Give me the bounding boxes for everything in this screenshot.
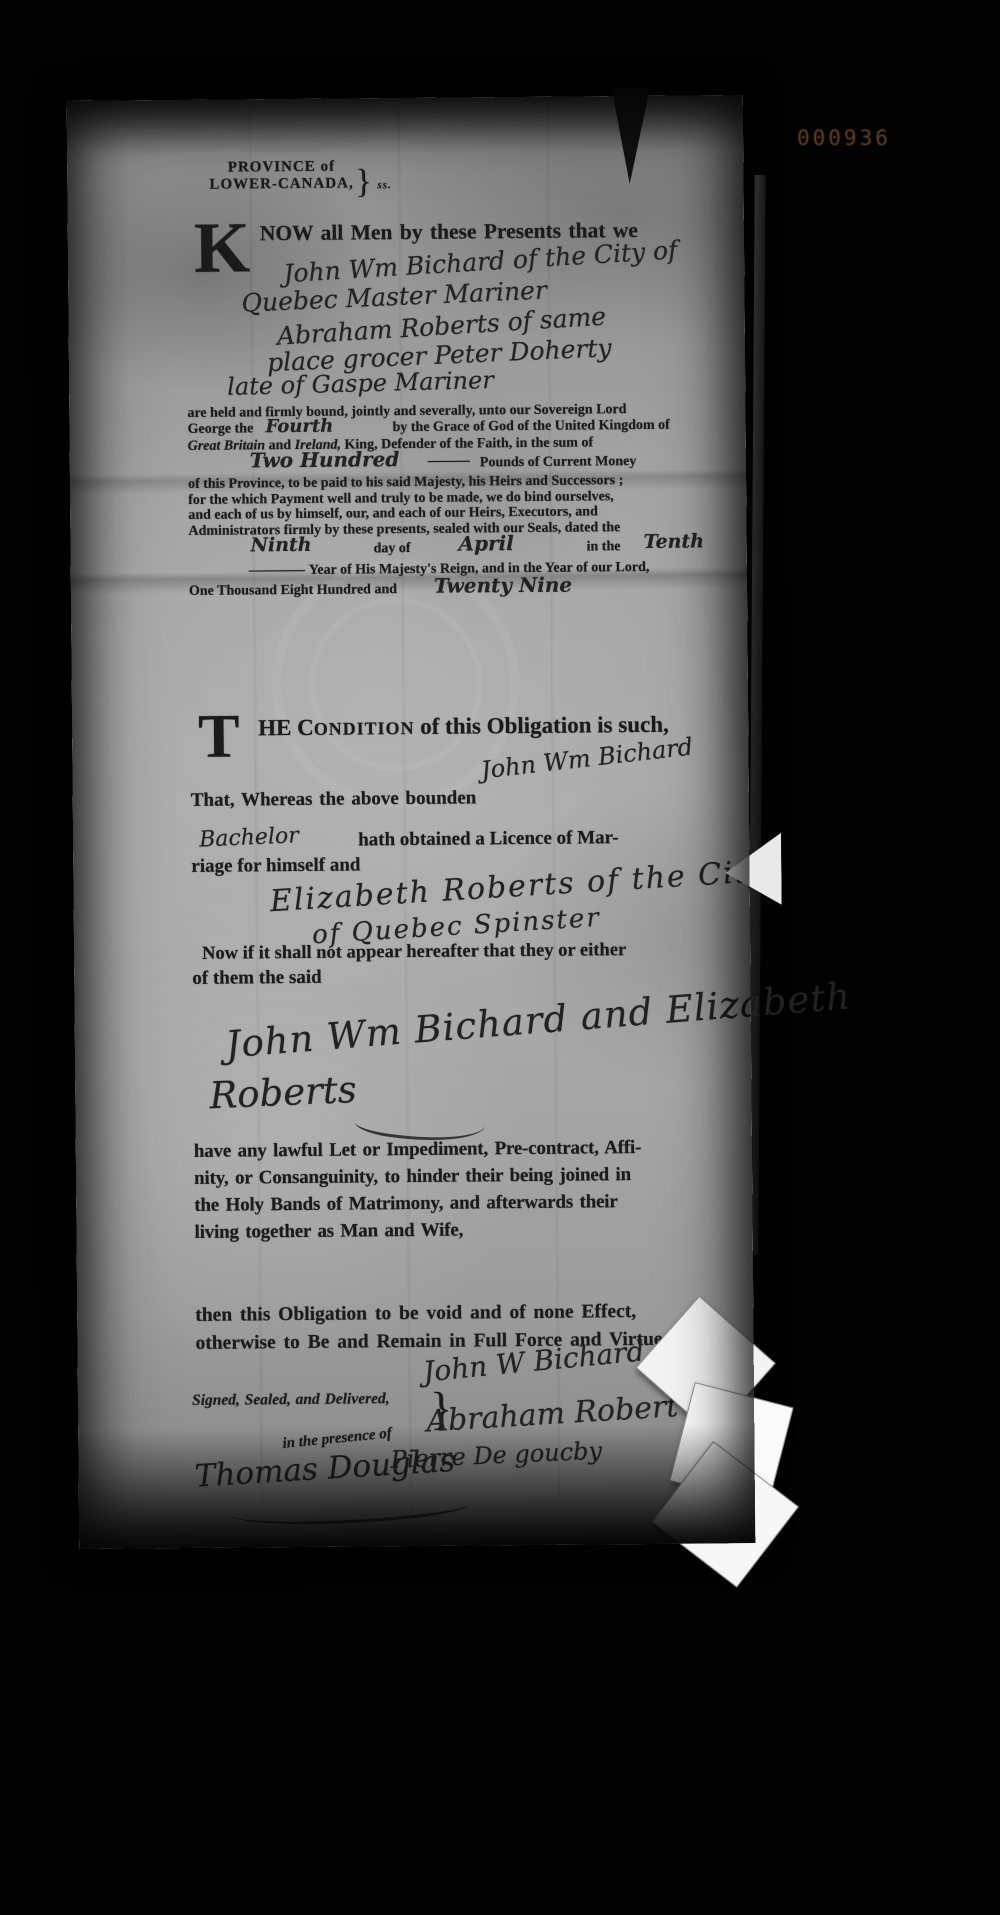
marriage-line: riage for himself and [191, 854, 360, 877]
province-line1: PROVINCE of [209, 158, 353, 176]
ss-abbreviation: ss. [377, 177, 391, 194]
of-them-line: of them the said [192, 967, 321, 990]
impediment-line: have any lawful Let or Impediment, Pre-c… [194, 1134, 642, 1165]
signed-sealed-label: Signed, Sealed, and Delivered, [192, 1390, 390, 1410]
province-header: PROVINCE of LOWER-CANADA, } ss. [209, 158, 354, 193]
dropcap-k: K [194, 211, 251, 283]
rule-dashes: ———— [249, 563, 305, 579]
impediment-line: living together as Man and Wife, [194, 1215, 642, 1246]
brace-glyph: } [355, 173, 372, 190]
impediment-paragraph: have any lawful Let or Impediment, Pre-c… [194, 1134, 642, 1246]
impediment-line: the Holy Bands of Matrimony, and afterwa… [194, 1188, 642, 1219]
rule-dashes: ——— [428, 453, 470, 469]
handwritten-month: April [459, 536, 514, 552]
handwritten-bachelor: Bachelor [199, 823, 300, 852]
handwritten-two-hundred: Two Hundred [250, 452, 400, 469]
bond-paragraph: are held and firmly bound, jointly and s… [187, 402, 681, 602]
now-if-line: Now if it shall not appear hereafter tha… [202, 940, 626, 965]
impediment-line: nity, or Consanguinity, to hinder their … [194, 1161, 642, 1192]
archive-stamp-number: 000936 [797, 126, 891, 150]
signature-underline-flourish [228, 1485, 470, 1533]
signature-abraham-robert: Abraham Robert [425, 1389, 679, 1439]
handwritten-couple-line-2: Roberts [208, 1068, 357, 1117]
handwritten-year: Twenty Nine [434, 578, 572, 595]
scanned-document-page: PROVINCE of LOWER-CANADA, } ss. K NOW al… [0, 0, 1000, 1915]
handwritten-groom-name: John Wm Bichard [480, 732, 695, 784]
bottom-shadow [78, 1423, 755, 1549]
whereas-line: That, Whereas the above bounden [191, 787, 477, 811]
bond-line-11-year: One Thousand Eight Hundred and Twenty Ni… [189, 577, 681, 602]
document-paper: PROVINCE of LOWER-CANADA, } ss. K NOW al… [67, 95, 756, 1549]
handwritten-day: Ninth [251, 538, 312, 554]
signature-witness-thomas: Thomas Douglas [194, 1443, 456, 1495]
province-line2: LOWER-CANADA, } ss. [209, 175, 353, 193]
handwritten-fourth: Fourth [265, 418, 333, 434]
condition-heading: HE CONDITION of this Obligation is such, [258, 712, 669, 742]
void-line: then this Obligation to be void and of n… [195, 1298, 662, 1330]
dropcap-t: T [198, 705, 240, 767]
handwritten-party-line-5: late of Gaspe Mariner [227, 366, 494, 401]
bond-line-4: Two Hundred ——— Pounds of Current Money [188, 450, 680, 477]
handwritten-regnal-year: Tenth [644, 534, 705, 550]
licence-line: hath obtained a Licence of Mar- [358, 827, 619, 851]
